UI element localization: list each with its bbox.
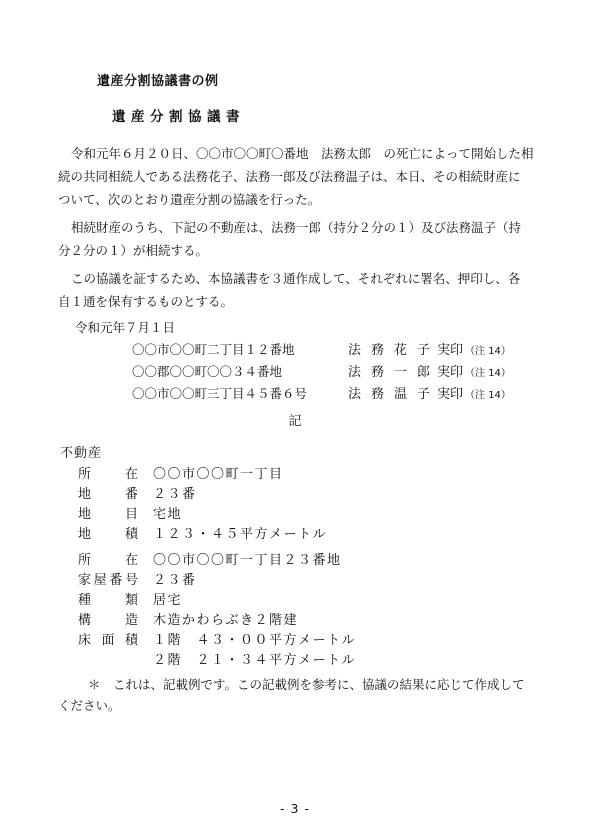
property-row: ２階 ２１・３４平方メートル [78, 649, 356, 669]
document-date: 令和元年７月１日 [75, 316, 175, 339]
signer-name: 法務温子 [348, 383, 430, 402]
property-value: １２３・４５平方メートル [153, 523, 327, 542]
note-reference: （注 14） [465, 342, 511, 357]
property-value: １階 ４３・００平方メートル [153, 629, 356, 648]
property-value: 木造かわらぶき２階建 [153, 609, 298, 628]
signature-row: 〇〇郡〇〇町〇〇３４番地 法務一郎 実印 （注 14） [132, 361, 511, 383]
property-row: 床面積 １階 ４３・００平方メートル [78, 629, 356, 649]
building-property-list: 所在 〇〇市〇〇町一丁目２３番地 家屋番号 ２３番 種類 居宅 構造 木造かわら… [78, 549, 356, 669]
signature-row: 〇〇市〇〇町三丁目４５番６号 法務温子 実印 （注 14） [132, 383, 511, 405]
document-example-label: 遺産分割協議書の例 [97, 74, 219, 90]
page-number: - 3 - [0, 797, 590, 820]
note-reference: （注 14） [465, 364, 511, 379]
property-value: 〇〇市〇〇町一丁目２３番地 [153, 549, 342, 568]
signer-address: 〇〇郡〇〇町〇〇３４番地 [132, 362, 345, 380]
property-label: 構造 [78, 609, 138, 628]
property-label: 家屋番号 [78, 569, 138, 588]
property-value: 居宅 [153, 589, 182, 608]
signer-name: 法務一郎 [348, 361, 430, 380]
paragraph-inheritance-shares: 相続財産のうち、下記の不動産は、法務一郎（持分２分の１）及び法務温子（持 分２分… [58, 216, 540, 262]
property-label: 所在 [78, 463, 138, 482]
signer-address: 〇〇市〇〇町二丁目１２番地 [132, 340, 345, 358]
footnote: ＊ これは、記載例です。この記載例を参考に、協議の結果に応じて作成して ください… [58, 674, 540, 716]
signature-block: 〇〇市〇〇町二丁目１２番地 法務花子 実印 （注 14） 〇〇郡〇〇町〇〇３４番… [132, 339, 511, 405]
seal-label: 実印 [437, 383, 463, 402]
paragraph-opening: 令和元年６月２０日、〇〇市〇〇町〇番地 法務太郎 の死亡によって開始した相 続の… [58, 142, 540, 211]
land-property-list: 所在 〇〇市〇〇町一丁目 地番 ２３番 地目 宅地 地積 １２３・４５平方メート… [78, 463, 327, 543]
seal-label: 実印 [437, 361, 463, 380]
property-row: 地積 １２３・４５平方メートル [78, 523, 327, 543]
document-title: 遺産分割協議書 [112, 108, 245, 126]
record-marker: 記 [0, 410, 590, 433]
property-row: 種類 居宅 [78, 589, 356, 609]
property-value: ２３番 [153, 569, 197, 588]
signer-address: 〇〇市〇〇町三丁目４５番６号 [132, 384, 345, 402]
paragraph-copies: この協議を証するため、本協議書を３通作成して、それぞれに署名、押印し、各 自１通… [58, 267, 540, 313]
property-label: 床面積 [78, 629, 138, 648]
document-page: 遺産分割協議書の例 遺産分割協議書 令和元年６月２０日、〇〇市〇〇町〇番地 法務… [0, 0, 590, 837]
seal-label: 実印 [437, 339, 463, 358]
note-reference: （注 14） [465, 386, 511, 401]
property-row: 地目 宅地 [78, 503, 327, 523]
signature-row: 〇〇市〇〇町二丁目１２番地 法務花子 実印 （注 14） [132, 339, 511, 361]
property-label: 地積 [78, 523, 138, 542]
property-label: 地目 [78, 503, 138, 522]
property-value: 〇〇市〇〇町一丁目 [153, 463, 284, 482]
property-row: 所在 〇〇市〇〇町一丁目２３番地 [78, 549, 356, 569]
property-value: ２３番 [153, 483, 197, 502]
property-label: 所在 [78, 549, 138, 568]
property-value: 宅地 [153, 503, 182, 522]
property-label: 種類 [78, 589, 138, 608]
signer-name: 法務花子 [348, 339, 430, 358]
property-label: 地番 [78, 483, 138, 502]
property-row: 地番 ２３番 [78, 483, 327, 503]
property-value: ２階 ２１・３４平方メートル [153, 649, 356, 668]
property-row: 家屋番号 ２３番 [78, 569, 356, 589]
property-row: 所在 〇〇市〇〇町一丁目 [78, 463, 327, 483]
section-header-real-estate: 不動産 [60, 443, 102, 464]
property-row: 構造 木造かわらぶき２階建 [78, 609, 356, 629]
